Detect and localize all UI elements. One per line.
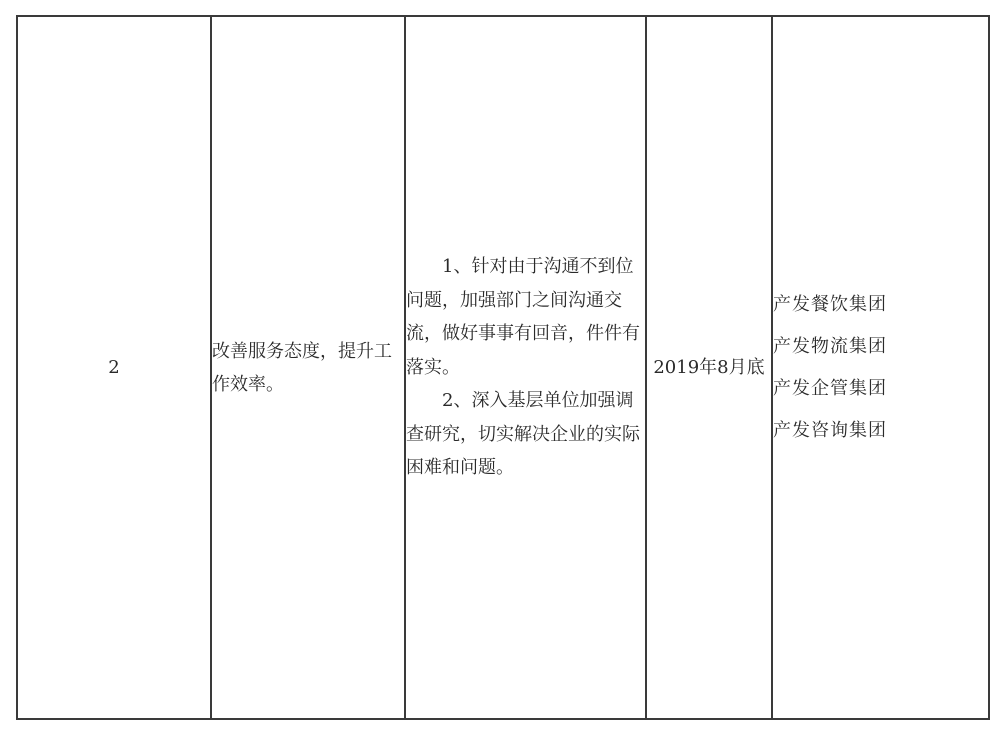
item-cell: 改善服务态度，提升工作效率。	[211, 16, 405, 719]
measure-1: 1、针对由于沟通不到位问题，加强部门之间沟通交流，做好事事有回音，件件有落实。	[406, 250, 645, 384]
deadline-text: 2019年8月底	[653, 357, 764, 378]
item-text: 改善服务态度，提升工作效率。	[212, 341, 392, 395]
row-number-cell: 2	[17, 16, 211, 719]
table-row: 2 改善服务态度，提升工作效率。 1、针对由于沟通不到位问题，加强部门之间沟通交…	[17, 16, 989, 719]
unit-1: 产发餐饮集团	[773, 284, 988, 326]
measures-cell: 1、针对由于沟通不到位问题，加强部门之间沟通交流，做好事事有回音，件件有落实。 …	[405, 16, 646, 719]
responsible-units-cell: 产发餐饮集团 产发物流集团 产发企管集团 产发咨询集团	[772, 16, 989, 719]
unit-2: 产发物流集团	[773, 326, 988, 368]
measure-2: 2、深入基层单位加强调查研究，切实解决企业的实际困难和问题。	[406, 384, 645, 485]
unit-3: 产发企管集团	[773, 368, 988, 410]
deadline-cell: 2019年8月底	[646, 16, 772, 719]
row-number: 2	[108, 357, 119, 378]
unit-4: 产发咨询集团	[773, 410, 988, 452]
rectification-table: 2 改善服务态度，提升工作效率。 1、针对由于沟通不到位问题，加强部门之间沟通交…	[16, 15, 990, 720]
